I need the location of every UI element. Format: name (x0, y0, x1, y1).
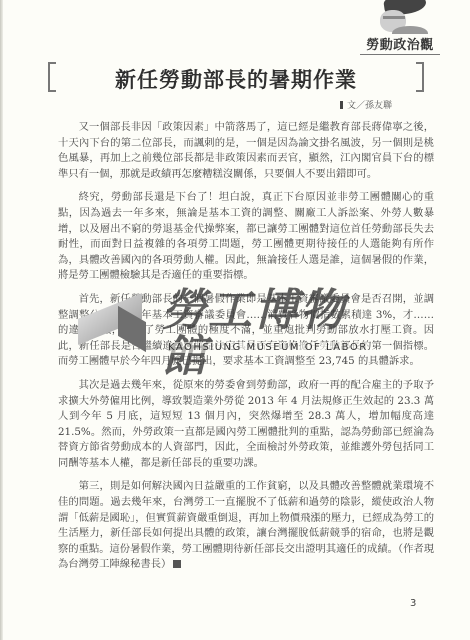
column-label: 勞動政治觀 (360, 34, 440, 55)
page-number: 3 (410, 598, 416, 609)
column-header: 勞動政治觀 (330, 0, 440, 52)
article-title: 新任勞動部長的暑期作業 (48, 64, 424, 94)
title-block: 新任勞動部長的暑期作業 (48, 62, 424, 96)
page-edge-shadow (0, 0, 3, 640)
right-bracket-icon (416, 62, 424, 92)
paragraph: 其次是過去幾年來，從原來的勞委會到勞動部，政府一再的配合雇主的予取予求擴大外勞僱… (58, 378, 434, 472)
byline: 文／孫友聯 (340, 98, 392, 111)
article-body: 又一個部長非因「政策因素」中箭落馬了，這已經是繼教育部長蔣偉寧之後，十天內下台的… (58, 120, 434, 581)
paragraph: 又一個部長非因「政策因素」中箭落馬了，這已經是繼教育部長蔣偉寧之後，十天內下台的… (58, 120, 434, 182)
byline-text: 文／孫友聯 (347, 101, 392, 111)
paragraph-last: 第三，則是如何解決國內日益嚴重的工作貧窮，以及具體改善整體就業環境不佳的問題。過… (58, 479, 434, 573)
paragraph: 終究，勞動部長還是下台了！坦白說，真正下台原因並非勞工團體關心的重點，因為過去一… (58, 190, 434, 284)
paragraph: 第三，則是如何解決國內日益嚴重的工作貧窮，以及具體改善整體就業環境不佳的問題。過… (58, 480, 434, 570)
paragraph: 首先，新任勞動部長的一個暑假作業即是基本工資審議委員會是否召開，並調整調整公告…… (58, 292, 434, 370)
author-portrait-icon (370, 0, 430, 34)
byline-marker-icon (340, 101, 343, 109)
end-mark-icon (173, 560, 181, 568)
